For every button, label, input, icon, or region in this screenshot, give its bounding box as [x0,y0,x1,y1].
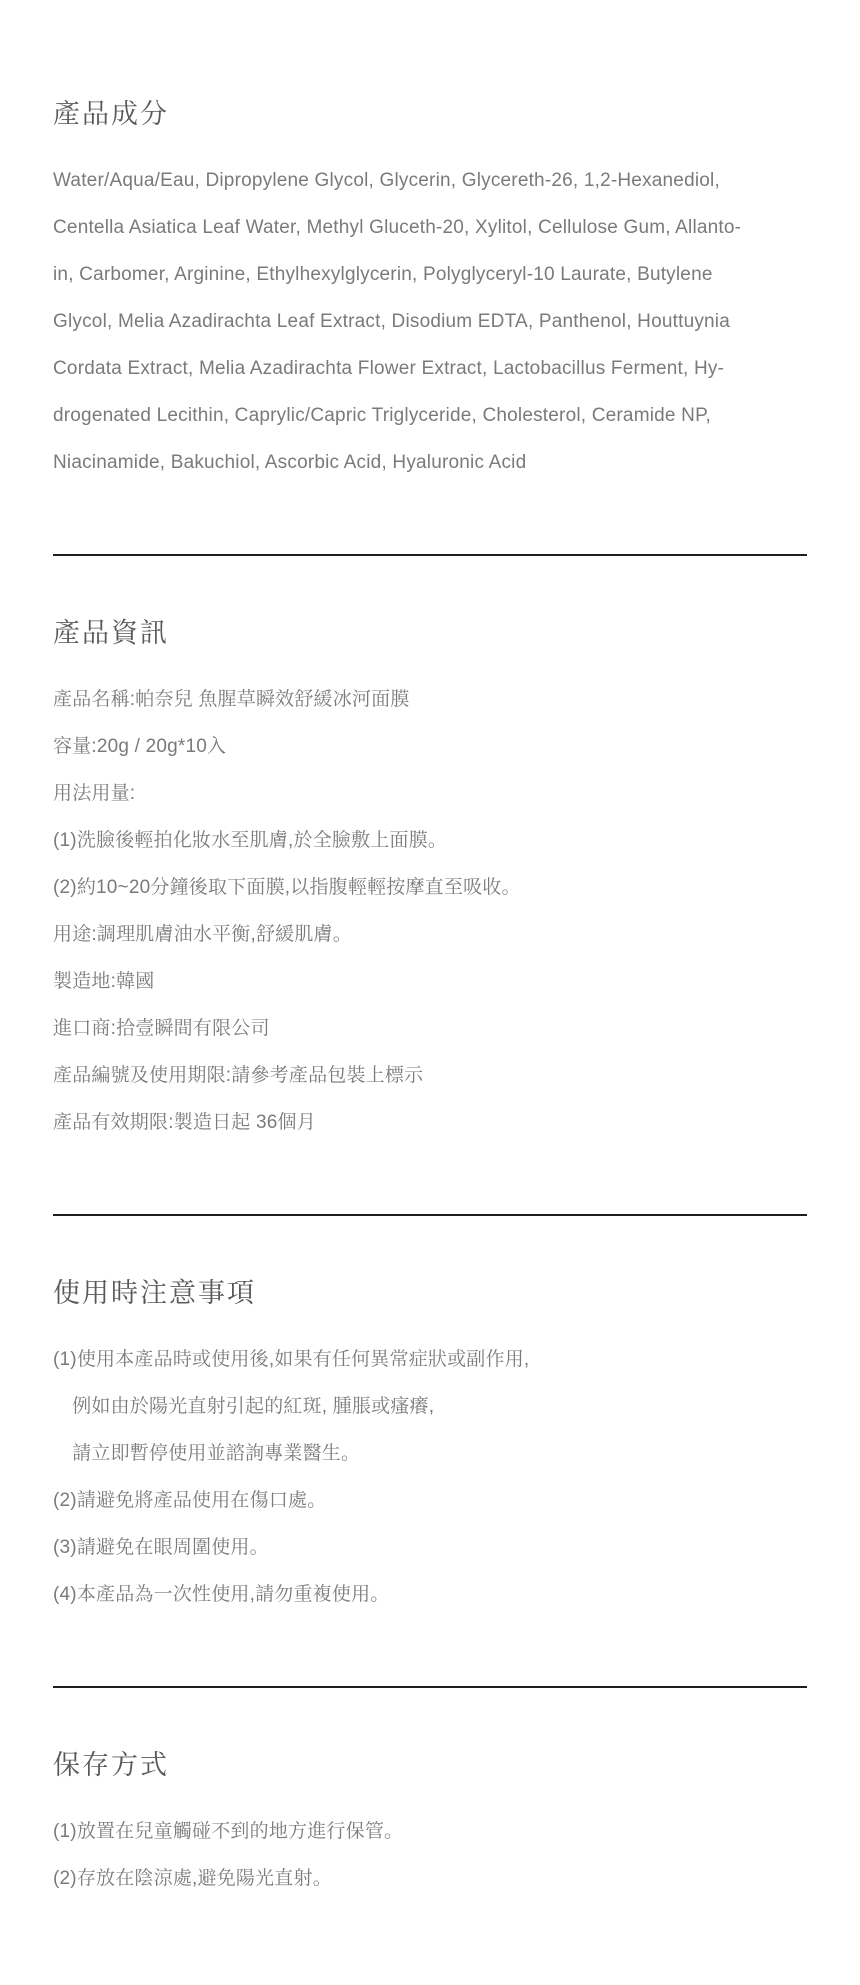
section-storage: 保存方式 (1)放置在兒童觸碰不到的地方進行保管。 (2)存放在陰涼處,避免陽光… [53,1746,807,1902]
precautions-section-title: 使用時注意事項 [53,1274,807,1312]
product-detail-page: 產品成分 Water/Aqua/Eau, Dipropylene Glycol,… [0,0,860,1985]
section-divider [53,554,807,556]
section-precautions: 使用時注意事項 (1)使用本產品時或使用後,如果有任何異常症狀或副作用, 例如由… [53,1274,807,1618]
storage-section-title: 保存方式 [53,1746,807,1784]
section-divider [53,1686,807,1688]
section-product-info: 產品資訊 產品名稱:帕奈兒 魚腥草瞬效舒緩冰河面膜 容量:20g / 20g*1… [53,614,807,1146]
section-divider [53,1214,807,1216]
product-info-section-title: 產品資訊 [53,614,807,652]
ingredients-text: Water/Aqua/Eau, Dipropylene Glycol, Glyc… [53,157,807,486]
ingredients-section-title: 產品成分 [53,95,807,133]
storage-text: (1)放置在兒童觸碰不到的地方進行保管。 (2)存放在陰涼處,避免陽光直射。 [53,1808,807,1902]
section-ingredients: 產品成分 Water/Aqua/Eau, Dipropylene Glycol,… [53,95,807,486]
precautions-text: (1)使用本產品時或使用後,如果有任何異常症狀或副作用, 例如由於陽光直射引起的… [53,1336,807,1618]
product-info-text: 產品名稱:帕奈兒 魚腥草瞬效舒緩冰河面膜 容量:20g / 20g*10入 用法… [53,676,807,1146]
